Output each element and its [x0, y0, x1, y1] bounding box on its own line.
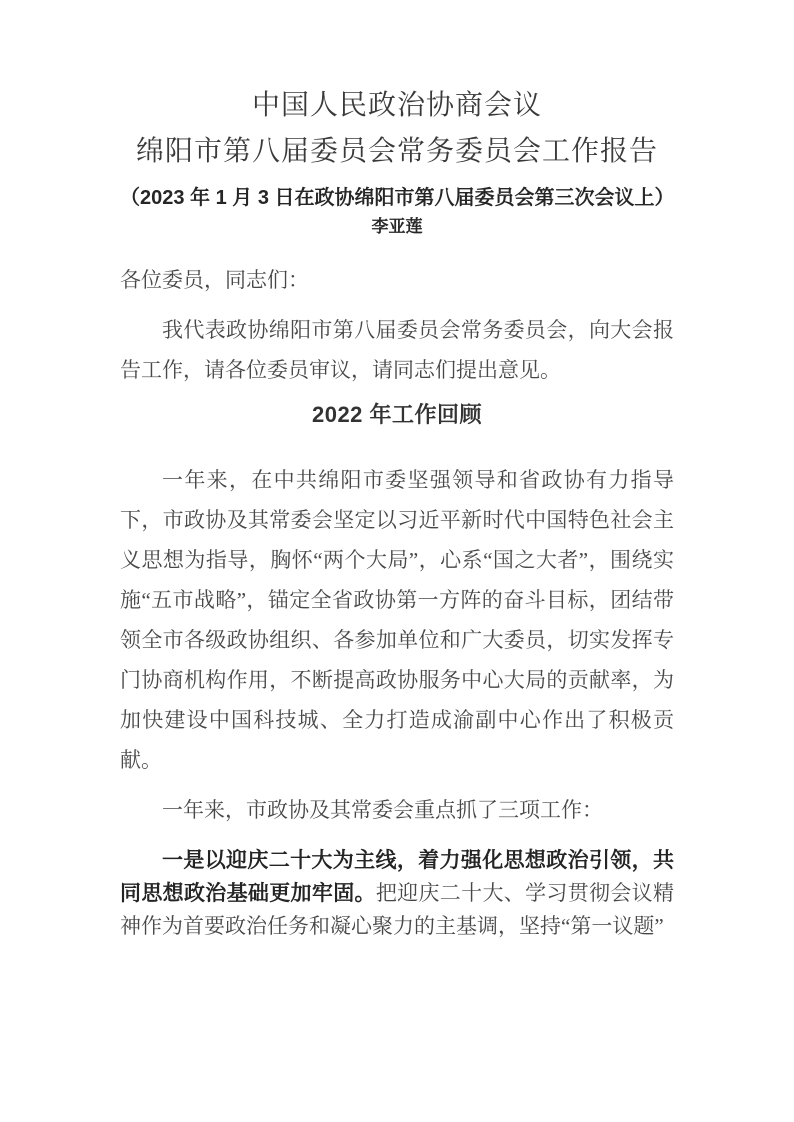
meeting-date-line: （2023 年 1 月 3 日在政协绵阳市第八届委员会第三次会议上）: [120, 186, 674, 210]
review-summary-paragraph: 一年来，在中共绵阳市委坚强领导和省政协有力指导下，市政协及其常委会坚定以习近平新…: [120, 460, 674, 780]
salutation: 各位委员，同志们：: [120, 260, 674, 300]
document-page: 中国人民政治协商会议 绵阳市第八届委员会常务委员会工作报告 （2023 年 1 …: [0, 0, 794, 1122]
intro-paragraph: 我代表政协绵阳市第八届委员会常务委员会，向大会报告工作，请各位委员审议，请同志们…: [120, 310, 674, 390]
three-tasks-paragraph: 一年来，市政协及其常委会重点抓了三项工作：: [120, 790, 674, 830]
section-heading-2022-review: 2022 年工作回顾: [120, 400, 674, 430]
author-name: 李亚莲: [120, 216, 674, 238]
task-one-paragraph: 一是以迎庆二十大为主线，着力强化思想政治引领，共同思想政治基础更加牢固。把迎庆二…: [120, 844, 674, 942]
document-title-line1: 中国人民政治协商会议: [120, 88, 674, 124]
document-title-line2: 绵阳市第八届委员会常务委员会工作报告: [120, 134, 674, 170]
